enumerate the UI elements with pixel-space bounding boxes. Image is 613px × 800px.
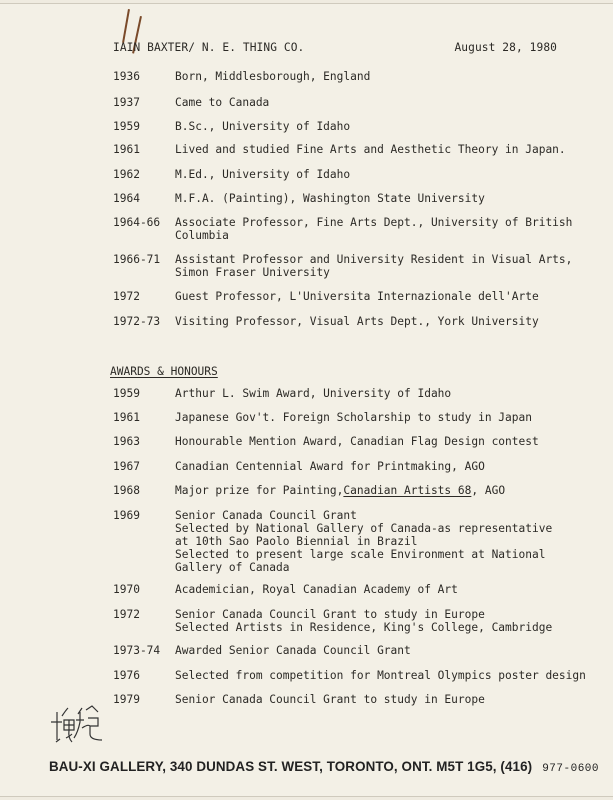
entry-year: 1964-66 [113,216,175,229]
entry-description: Associate Professor, Fine Arts Dept., Un… [175,216,572,242]
entry-description: Canadian Centennial Award for Printmakin… [175,460,485,473]
entry-year: 1968 [113,484,175,497]
gallery-phone: 977-0600 [542,763,599,775]
entry-description: Arthur L. Swim Award, University of Idah… [175,387,451,400]
entry-year: 1969 [113,509,175,522]
entry-year: 1976 [113,669,175,682]
chinese-characters-logo-icon [48,704,104,748]
entry-year: 1959 [113,120,175,133]
entry-year: 1961 [113,411,175,424]
entry-description: Lived and studied Fine Arts and Aestheti… [175,143,566,156]
entry-description: M.F.A. (Painting), Washington State Univ… [175,192,485,205]
gallery-address: BAU-XI GALLERY, 340 DUNDAS ST. WEST, TOR… [49,759,532,774]
gallery-address-footer: BAU-XI GALLERY, 340 DUNDAS ST. WEST, TOR… [49,759,599,775]
entry-description: Major prize for Painting,Canadian Artist… [175,484,505,497]
entry-description: M.Ed., University of Idaho [175,168,350,181]
entry-description: Japanese Gov't. Foreign Scholarship to s… [175,411,532,424]
pen-mark [122,9,130,43]
entry-year: 1979 [113,693,175,706]
awards-heading: AWARDS & HONOURS [110,365,218,378]
document-title: IAIN BAXTER/ N. E. THING CO. [113,41,304,54]
entry-year: 1937 [113,96,175,109]
entry-year: 1962 [113,168,175,181]
entry-year: 1972 [113,290,175,303]
entry-year: 1963 [113,435,175,448]
entry-year: 1967 [113,460,175,473]
entry-year: 1966-71 [113,253,175,266]
letterhead-page: IAIN BAXTER/ N. E. THING CO. August 28, … [0,3,613,797]
entry-year: 1959 [113,387,175,400]
entry-year: 1972-73 [113,315,175,328]
entry-year: 1972 [113,608,175,621]
entry-description: Assistant Professor and University Resid… [175,253,572,279]
entry-year: 1973-74 [113,644,175,657]
entry-description: Visiting Professor, Visual Arts Dept., Y… [175,315,539,328]
entry-description: Academician, Royal Canadian Academy of A… [175,583,458,596]
exhibition-title: Canadian Artists 68 [343,484,471,497]
entry-description: Senior Canada Council Grant Selected by … [175,509,552,574]
entry-description: Selected from competition for Montreal O… [175,669,586,682]
entry-description: Awarded Senior Canada Council Grant [175,644,411,657]
entry-year: 1970 [113,583,175,596]
entry-description: Senior Canada Council Grant to study in … [175,693,485,706]
entry-description: Honourable Mention Award, Canadian Flag … [175,435,539,448]
entry-year: 1961 [113,143,175,156]
entry-year: 1964 [113,192,175,205]
entry-description: B.Sc., University of Idaho [175,120,350,133]
entry-description: Came to Canada [175,96,269,109]
entry-description: Senior Canada Council Grant to study in … [175,608,552,634]
document-date: August 28, 1980 [454,41,557,54]
entry-description: Guest Professor, L'Universita Internazio… [175,290,539,303]
entry-description: Born, Middlesborough, England [175,70,370,83]
entry-year: 1936 [113,70,175,83]
